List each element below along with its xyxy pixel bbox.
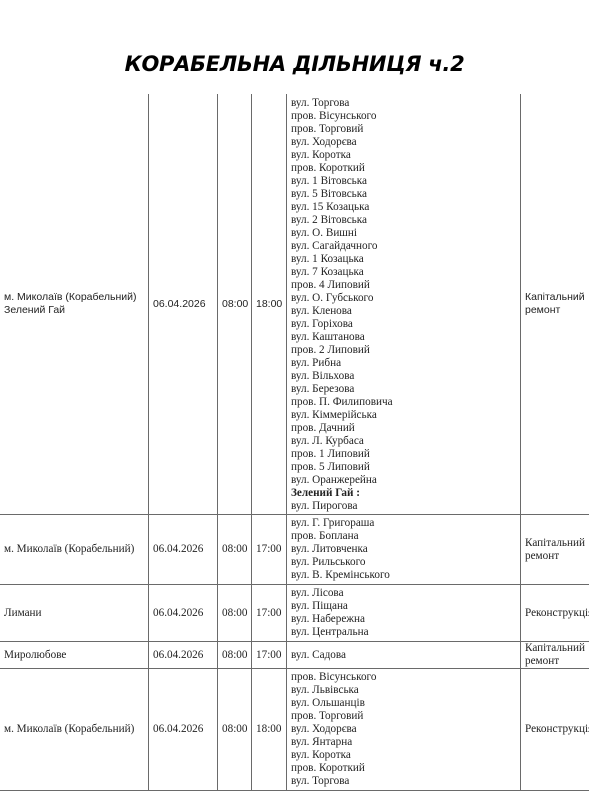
street-item: вул. О. Губського xyxy=(291,292,517,305)
street-item: вул. 1 Вітовська xyxy=(291,175,517,188)
date-cell: 06.04.2026 xyxy=(149,94,218,515)
street-item: вул. Коротка xyxy=(291,749,517,762)
street-item: вул. 5 Вітовська xyxy=(291,188,517,201)
street-item: вул. Садова xyxy=(291,649,517,662)
street-item: вул. О. Вишні xyxy=(291,227,517,240)
street-item: вул. Кіммерійська xyxy=(291,409,517,422)
streets-cell: вул. Торговапров. Вісунськогопров. Торго… xyxy=(287,94,521,515)
street-item: вул. Каштанова xyxy=(291,331,517,344)
street-item: вул. Торгова xyxy=(291,775,517,788)
street-item: вул. Вільхова xyxy=(291,370,517,383)
table-row: м. Миколаїв (Корабельний) 06.04.2026 08:… xyxy=(0,669,589,791)
street-item: вул. Львівська xyxy=(291,684,517,697)
street-item: пров. Вісунського xyxy=(291,110,517,123)
table-row: Лимани 06.04.2026 08:00 17:00 вул. Лісов… xyxy=(0,585,589,642)
end-time-cell: 17:00 xyxy=(252,515,287,585)
street-item: пров. Торговий xyxy=(291,123,517,136)
street-item: пров. Боплана xyxy=(291,530,517,543)
street-item: вул. 2 Вітовська xyxy=(291,214,517,227)
street-item: вул. Ольшанців xyxy=(291,697,517,710)
street-item: пров. 5 Липовий xyxy=(291,461,517,474)
location-cell: м. Миколаїв (Корабельний) xyxy=(0,669,149,791)
work-type-cell: Капітальний ремонт xyxy=(521,642,589,669)
date-cell: 06.04.2026 xyxy=(149,585,218,642)
street-item: вул. Коротка xyxy=(291,149,517,162)
page-title: КОРАБЕЛЬНА ДІЛЬНИЦЯ ч.2 xyxy=(0,52,589,76)
street-item: пров. 4 Липовий xyxy=(291,279,517,292)
street-item: вул. Набережна xyxy=(291,613,517,626)
street-item: вул. Лісова xyxy=(291,587,517,600)
street-item: вул. В. Кремінського xyxy=(291,569,517,582)
table-row: Миролюбове 06.04.2026 08:00 17:00 вул. С… xyxy=(0,642,589,669)
street-item: пров. Короткий xyxy=(291,162,517,175)
street-item: вул. Пирогова xyxy=(291,500,517,513)
table-row: м. Миколаїв (Корабельний) 06.04.2026 08:… xyxy=(0,515,589,585)
street-item: пров. 1 Липовий xyxy=(291,448,517,461)
table-row: м. Миколаїв (Корабельний)Зелений Гай 06.… xyxy=(0,94,589,515)
street-item: вул. Торгова xyxy=(291,97,517,110)
work-type-cell: Реконструкція xyxy=(521,585,589,642)
end-time-cell: 18:00 xyxy=(252,669,287,791)
street-item: вул. Березова xyxy=(291,383,517,396)
street-item: вул. Піщана xyxy=(291,600,517,613)
street-item: пров. Дачний xyxy=(291,422,517,435)
work-type-cell: Капітальний ремонт xyxy=(521,515,589,585)
start-time-cell: 08:00 xyxy=(218,94,252,515)
street-item: вул. Литовченка xyxy=(291,543,517,556)
street-item: вул. Оранжерейна xyxy=(291,474,517,487)
start-time-cell: 08:00 xyxy=(218,642,252,669)
street-item: вул. Ходорєва xyxy=(291,723,517,736)
outage-schedule-table: м. Миколаїв (Корабельний)Зелений Гай 06.… xyxy=(0,94,589,791)
location-text: м. Миколаїв (Корабельний) xyxy=(4,291,145,304)
street-item: Зелений Гай : xyxy=(291,487,517,500)
location-cell: м. Миколаїв (Корабельний) xyxy=(0,515,149,585)
location-cell: Миролюбове xyxy=(0,642,149,669)
location-cell: Лимани xyxy=(0,585,149,642)
street-item: вул. Г. Григораша xyxy=(291,517,517,530)
street-item: вул. Рибна xyxy=(291,357,517,370)
start-time-cell: 08:00 xyxy=(218,515,252,585)
street-item: вул. Кленова xyxy=(291,305,517,318)
street-item: пров. Короткий xyxy=(291,762,517,775)
location-cell: м. Миколаїв (Корабельний)Зелений Гай xyxy=(0,94,149,515)
street-item: вул. Ходорєва xyxy=(291,136,517,149)
street-item: пров. Торговий xyxy=(291,710,517,723)
streets-cell: пров. Вісунськоговул. Львівськавул. Ольш… xyxy=(287,669,521,791)
streets-cell: вул. Лісовавул. Піщанавул. Набережнавул.… xyxy=(287,585,521,642)
street-item: вул. Горіхова xyxy=(291,318,517,331)
street-item: вул. Центральна xyxy=(291,626,517,639)
street-item: вул. Сагайдачного xyxy=(291,240,517,253)
streets-cell: вул. Г. Григорашапров. Бопланавул. Литов… xyxy=(287,515,521,585)
date-cell: 06.04.2026 xyxy=(149,669,218,791)
start-time-cell: 08:00 xyxy=(218,669,252,791)
street-item: вул. 15 Козацька xyxy=(291,201,517,214)
start-time-cell: 08:00 xyxy=(218,585,252,642)
street-item: вул. 7 Козацька xyxy=(291,266,517,279)
work-type-cell: Капітальний ремонт xyxy=(521,94,589,515)
street-item: вул. Янтарна xyxy=(291,736,517,749)
street-item: пров. 2 Липовий xyxy=(291,344,517,357)
streets-cell: вул. Садова xyxy=(287,642,521,669)
work-type-cell: Реконструкція xyxy=(521,669,589,791)
end-time-cell: 17:00 xyxy=(252,642,287,669)
street-item: вул. 1 Козацька xyxy=(291,253,517,266)
street-item: вул. Рильського xyxy=(291,556,517,569)
street-item: вул. Л. Курбаса xyxy=(291,435,517,448)
end-time-cell: 17:00 xyxy=(252,585,287,642)
street-item: пров. П. Филиповича xyxy=(291,396,517,409)
street-item: пров. Вісунського xyxy=(291,671,517,684)
date-cell: 06.04.2026 xyxy=(149,642,218,669)
location-subtext: Зелений Гай xyxy=(4,304,145,317)
end-time-cell: 18:00 xyxy=(252,94,287,515)
date-cell: 06.04.2026 xyxy=(149,515,218,585)
